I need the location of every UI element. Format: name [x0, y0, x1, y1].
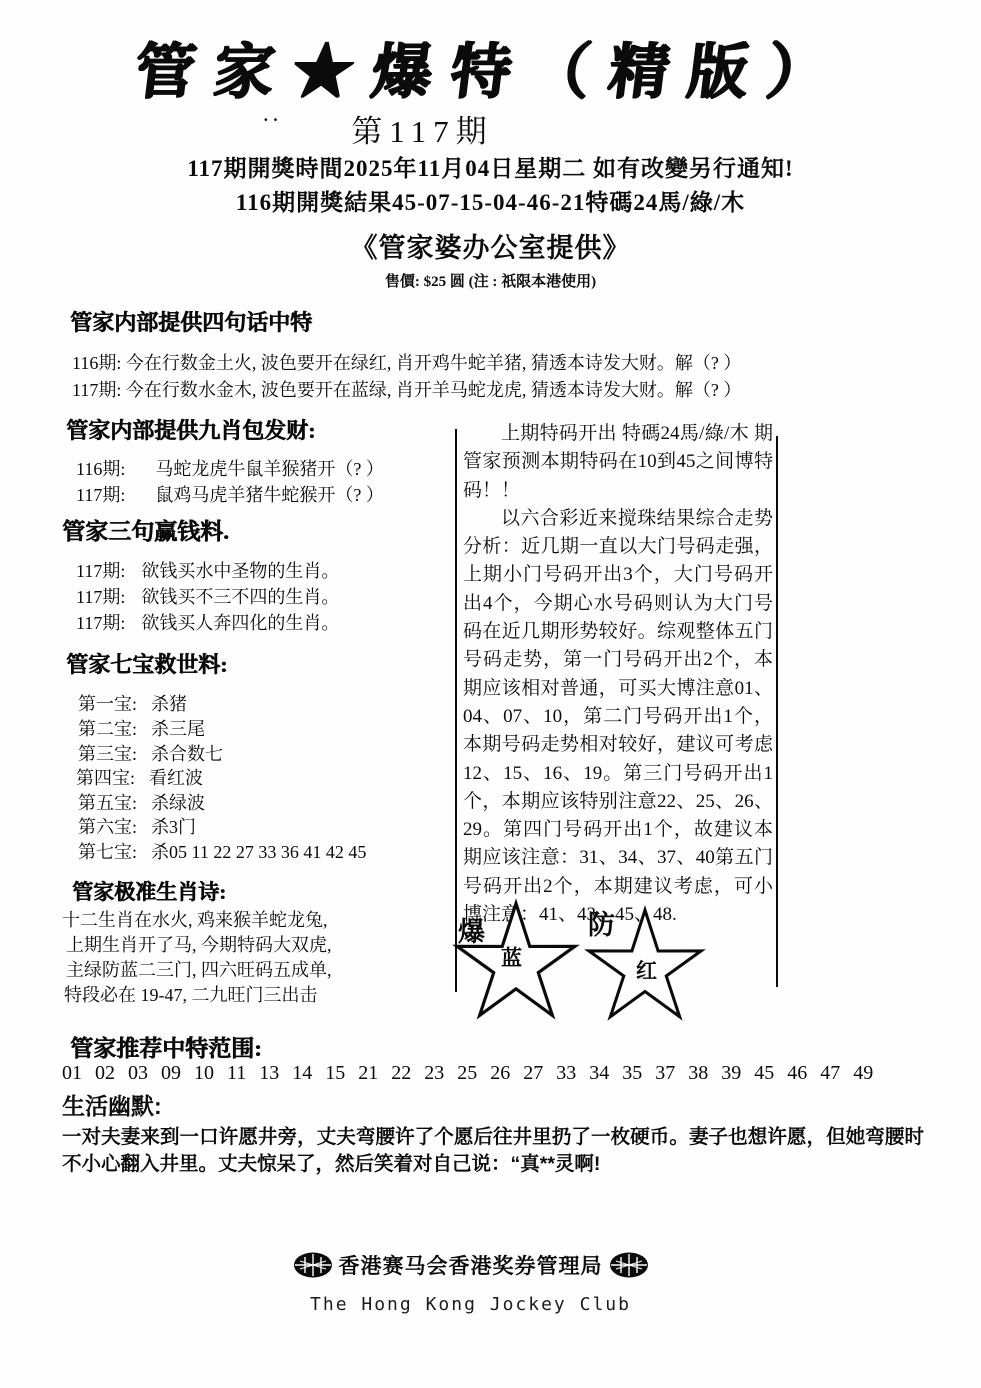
- star-red-inner: 红: [636, 955, 657, 985]
- treasure-row-7: 第七宝:杀05 11 22 27 33 36 41 42 45: [78, 838, 366, 864]
- issue-number: 第117期: [0, 106, 913, 151]
- treasure-row-3: 第三宝:杀合数七: [78, 740, 223, 766]
- row-label: 117期:: [76, 557, 125, 583]
- row-text: 杀绿波: [151, 793, 205, 813]
- seven-treasures-header: 管家七宝救世料:: [66, 648, 227, 679]
- row-text: 杀3门: [151, 817, 196, 837]
- row-label: 第三宝:: [78, 740, 137, 766]
- masthead-title: 管家★爆特（精版）: [0, 24, 981, 110]
- row-label: 第一宝:: [78, 690, 137, 716]
- analysis-paragraph-1: 上期特码开出 特碼24馬/綠/木 期管家预测本期特码在10到45之间博特码！！: [463, 420, 773, 505]
- analysis-paragraph-2: 以六合彩近来搅珠结果综合走势分析：近几期一直以大门号码走强，上期小门号码开出3个…: [463, 505, 773, 929]
- poem-line-2: 上期生肖开了马, 今期特码大双虎,: [66, 931, 332, 957]
- humor-header: 生活幽默:: [62, 1088, 162, 1121]
- zodiac-poem-header: 管家极准生肖诗:: [72, 876, 226, 906]
- lottery-tip-sheet: 管家★爆特（精版） ·· 第117期 117期開獎時間2025年11月04日星期…: [0, 0, 981, 1388]
- four-sentence-header: 管家内部提供四句话中特: [70, 306, 312, 337]
- row-label: 117期:: [76, 481, 125, 507]
- star-red-label: 防: [588, 903, 615, 942]
- treasure-row-1: 第一宝:杀猪: [78, 690, 187, 716]
- poem-line-4: 特段必在 19-47, 二九旺门三出击: [64, 981, 318, 1007]
- row-text: 马蛇龙虎牛鼠羊猴猪开（? ）: [155, 459, 384, 479]
- star-red: 防 红: [584, 905, 706, 1021]
- row-text: 欲钱买水中圣物的生肖。: [141, 561, 339, 581]
- row-label: 第六宝:: [78, 813, 137, 839]
- row-text: 鼠鸡马虎羊猪牛蛇猴开（? ）: [155, 485, 384, 505]
- row-label: 第五宝:: [78, 789, 137, 815]
- row-text: 欲钱买不三不四的生肖。: [141, 587, 339, 607]
- treasure-row-6: 第六宝:杀3门: [78, 813, 196, 839]
- recommend-range-header: 管家推荐中特范围:: [70, 1030, 262, 1063]
- footer-english-name: The Hong Kong Jockey Club: [0, 1294, 961, 1315]
- row-label: 第四宝:: [76, 764, 135, 790]
- recommend-numbers: 01 02 03 09 10 11 13 14 15 21 22 23 25 2…: [62, 1062, 873, 1085]
- three-sentence-row-2: 117期:欲钱买不三不四的生肖。: [76, 583, 339, 609]
- nine-zodiac-header: 管家内部提供九肖包发财:: [66, 414, 315, 445]
- treasure-row-2: 第二宝:杀三尾: [78, 715, 205, 741]
- analysis-panel: 上期特码开出 特碼24馬/綠/木 期管家预测本期特码在10到45之间博特码！！ …: [463, 420, 773, 929]
- column-divider-right: [776, 436, 778, 987]
- jockey-club-logo-left-icon: [292, 1250, 334, 1280]
- row-text: 杀05 11 22 27 33 36 41 42 45: [151, 842, 366, 862]
- footer-org-name: 香港赛马会香港奖券管理局: [339, 1250, 603, 1280]
- provider-line: 《管家婆办公室提供》: [0, 226, 981, 265]
- poem-line-3: 主绿防蓝二三门, 四六旺码五成单,: [66, 956, 332, 982]
- row-label: 第二宝:: [78, 715, 137, 741]
- three-sentence-row-3: 117期:欲钱买人奔四化的生肖。: [76, 609, 339, 635]
- jockey-club-logo-right-icon: [608, 1250, 650, 1280]
- star-blue-inner: 蓝: [501, 942, 522, 972]
- humor-text: 一对夫妻来到一口许愿井旁，丈夫弯腰许了个愿后往井里扔了一枚硬币。妻子也想许愿，但…: [62, 1124, 924, 1178]
- three-sentence-header: 管家三句赢钱料.: [62, 513, 229, 546]
- row-text: 欲钱买人奔四化的生肖。: [141, 613, 339, 633]
- row-label: 117期:: [76, 583, 125, 609]
- row-text: 杀猪: [151, 694, 187, 714]
- three-sentence-row-1: 117期:欲钱买水中圣物的生肖。: [76, 557, 339, 583]
- footer: 香港赛马会香港奖券管理局: [0, 1250, 961, 1285]
- last-result-line: 116期開獎結果45-07-15-04-46-21特碼24馬/綠/木: [0, 184, 981, 217]
- nine-zodiac-row-116: 116期:马蛇龙虎牛鼠羊猴猪开（? ）: [76, 455, 384, 481]
- row-text: 杀三尾: [151, 719, 205, 739]
- treasure-row-5: 第五宝:杀绿波: [78, 789, 205, 815]
- row-text: 看红波: [149, 768, 203, 788]
- poem-line-1: 十二生肖在水火, 鸡来猴羊蛇龙兔,: [62, 906, 328, 932]
- row-text: 杀合数七: [151, 744, 223, 764]
- four-sentence-line-116: 116期: 今在行数金土火, 波色要开在绿红, 肖开鸡牛蛇羊猪, 猜透本诗发大财…: [72, 349, 741, 375]
- row-label: 第七宝:: [78, 838, 137, 864]
- nine-zodiac-row-117: 117期:鼠鸡马虎羊猪牛蛇猴开（? ）: [76, 481, 384, 507]
- row-label: 116期:: [76, 455, 125, 481]
- star-blue: 爆 蓝: [452, 898, 580, 1020]
- row-label: 117期:: [76, 609, 125, 635]
- price-line: 售價: $25 圆 (注 : 祇限本港使用): [0, 270, 981, 291]
- star-blue-label: 爆: [458, 910, 485, 949]
- treasure-row-4: 第四宝:看红波: [76, 764, 203, 790]
- four-sentence-line-117: 117期: 今在行数水金木, 波色要开在蓝绿, 肖开羊马蛇龙虎, 猜透本诗发大财…: [72, 376, 741, 402]
- draw-time-line: 117期開獎時間2025年11月04日星期二 如有改變另行通知!: [0, 150, 981, 183]
